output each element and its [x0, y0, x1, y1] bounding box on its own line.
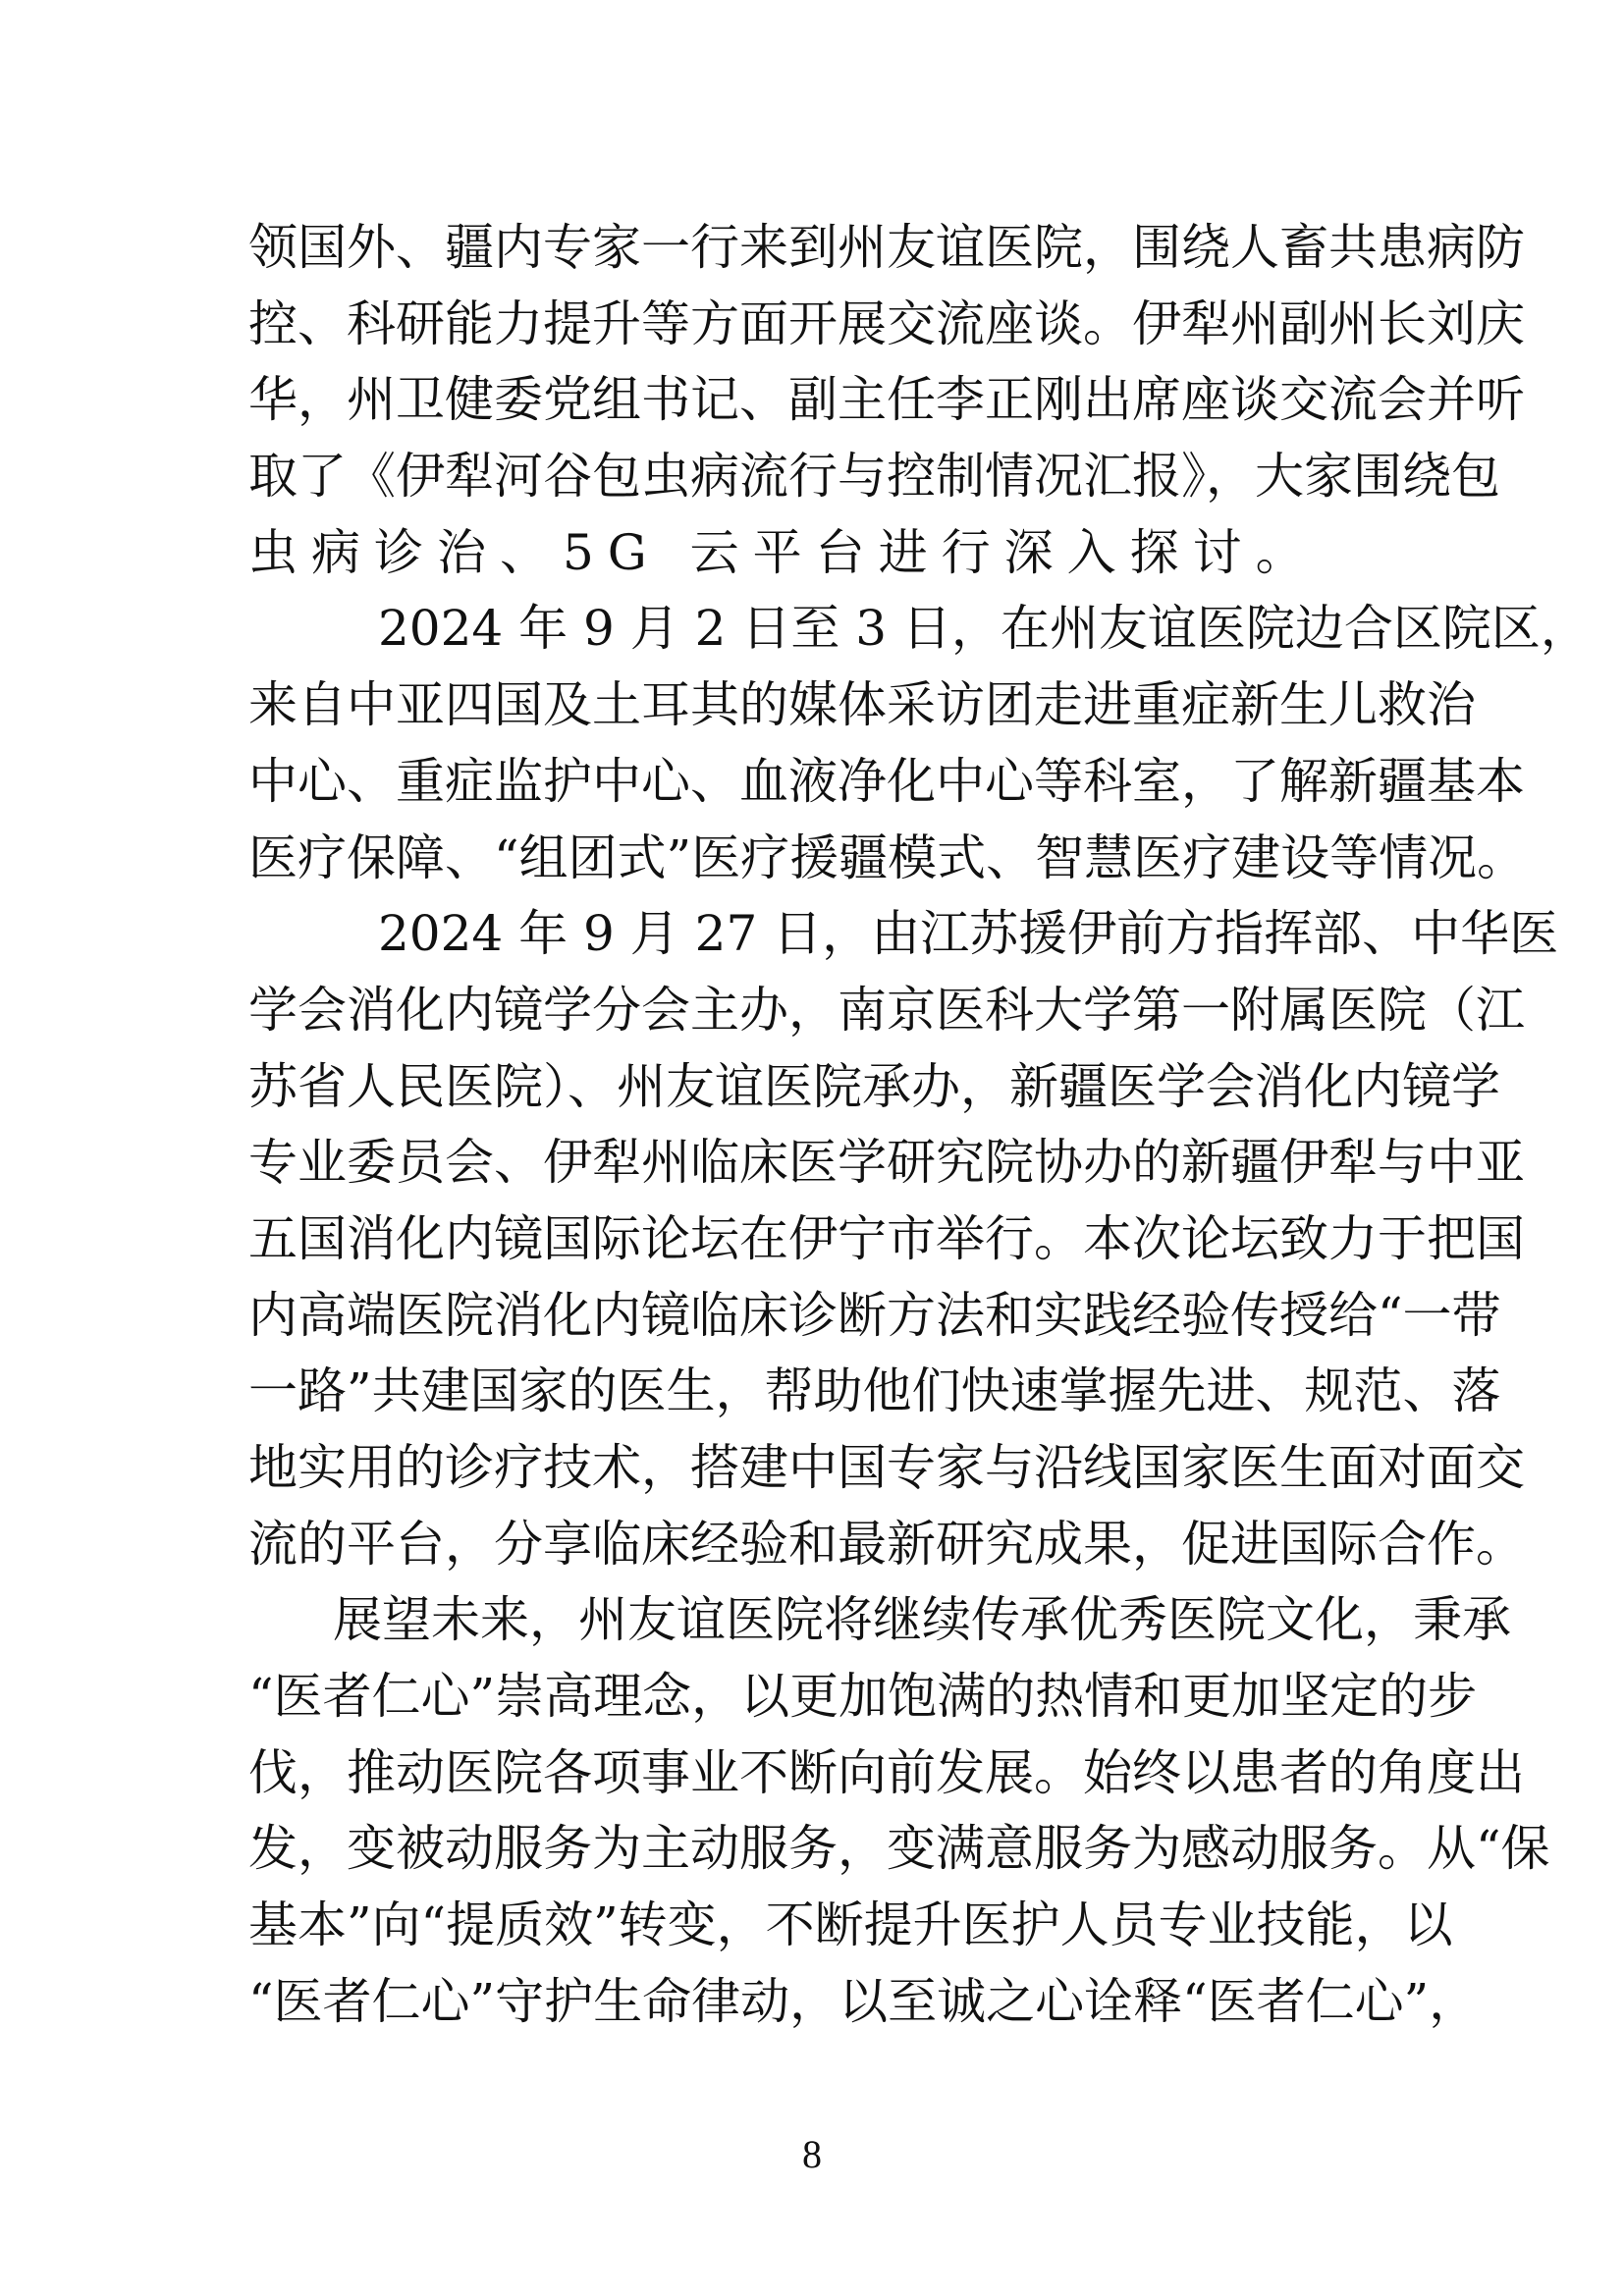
text-line: 学会消化内镜学分会主办，南京医科大学第一附属医院（江 [248, 973, 1378, 1049]
text-line: 控、科研能力提升等方面开展交流座谈。伊犁州副州长刘庆 [248, 287, 1378, 363]
paragraph-3: 2024 年 9 月 27 日，由江苏援伊前方指挥部、中华医 学会消化内镜学分会… [248, 896, 1378, 1582]
text-line: “医者仁心”守护生命律动，以至诚之心诠释“医者仁心”， [248, 1964, 1378, 2041]
text-line: 内高端医院消化内镜临床诊断方法和实践经验传授给“一带 [248, 1278, 1378, 1355]
document-page: 领国外、疆内专家一行来到州友谊医院，围绕人畜共患病防 控、科研能力提升等方面开展… [0, 0, 1624, 2296]
text-line: 虫病诊治、5G 云平台进行深入探讨。 [248, 515, 1378, 592]
text-line: 华，州卫健委党组书记、副主任李正刚出席座谈交流会并听 [248, 362, 1378, 439]
text-line: 流的平台，分享临床经验和最新研究成果，促进国际合作。 [248, 1507, 1378, 1583]
page-number: 8 [0, 2132, 1624, 2177]
text-line: 五国消化内镜国际论坛在伊宁市举行。本次论坛致力于把国 [248, 1201, 1378, 1278]
text-line: 展望未来，州友谊医院将继续传承优秀医院文化，秉承 [248, 1582, 1378, 1659]
paragraph-1: 领国外、疆内专家一行来到州友谊医院，围绕人畜共患病防 控、科研能力提升等方面开展… [248, 210, 1378, 591]
text-line: 2024 年 9 月 27 日，由江苏援伊前方指挥部、中华医 [248, 896, 1378, 973]
text-line: 取了《伊犁河谷包虫病流行与控制情况汇报》，大家围绕包 [248, 439, 1378, 515]
text-line: “医者仁心”崇高理念，以更加饱满的热情和更加坚定的步 [248, 1659, 1378, 1735]
paragraph-2: 2024 年 9 月 2 日至 3 日，在州友谊医院边合区院区， 来自中亚四国及… [248, 591, 1378, 896]
body-text: 领国外、疆内专家一行来到州友谊医院，围绕人畜共患病防 控、科研能力提升等方面开展… [248, 210, 1378, 2041]
text-line: 2024 年 9 月 2 日至 3 日，在州友谊医院边合区院区， [248, 591, 1378, 667]
paragraph-4: 展望未来，州友谊医院将继续传承优秀医院文化，秉承 “医者仁心”崇高理念，以更加饱… [248, 1582, 1378, 2040]
text-line: 发，变被动服务为主动服务，变满意服务为感动服务。从“保 [248, 1811, 1378, 1888]
text-line: 地实用的诊疗技术，搭建中国专家与沿线国家医生面对面交 [248, 1430, 1378, 1507]
text-line: 伐，推动医院各项事业不断向前发展。始终以患者的角度出 [248, 1735, 1378, 1812]
text-line: 中心、重症监护中心、血液净化中心等科室，了解新疆基本 [248, 744, 1378, 821]
text-line: 一路”共建国家的医生，帮助他们快速掌握先进、规范、落 [248, 1354, 1378, 1430]
text-line: 来自中亚四国及土耳其的媒体采访团走进重症新生儿救治 [248, 667, 1378, 744]
text-line: 领国外、疆内专家一行来到州友谊医院，围绕人畜共患病防 [248, 210, 1378, 287]
text-line: 苏省人民医院）、州友谊医院承办，新疆医学会消化内镜学 [248, 1049, 1378, 1126]
text-line: 基本”向“提质效”转变，不断提升医护人员专业技能，以 [248, 1888, 1378, 1964]
text-line: 医疗保障、“组团式”医疗援疆模式、智慧医疗建设等情况。 [248, 821, 1378, 897]
text-line: 专业委员会、伊犁州临床医学研究院协办的新疆伊犁与中亚 [248, 1125, 1378, 1201]
